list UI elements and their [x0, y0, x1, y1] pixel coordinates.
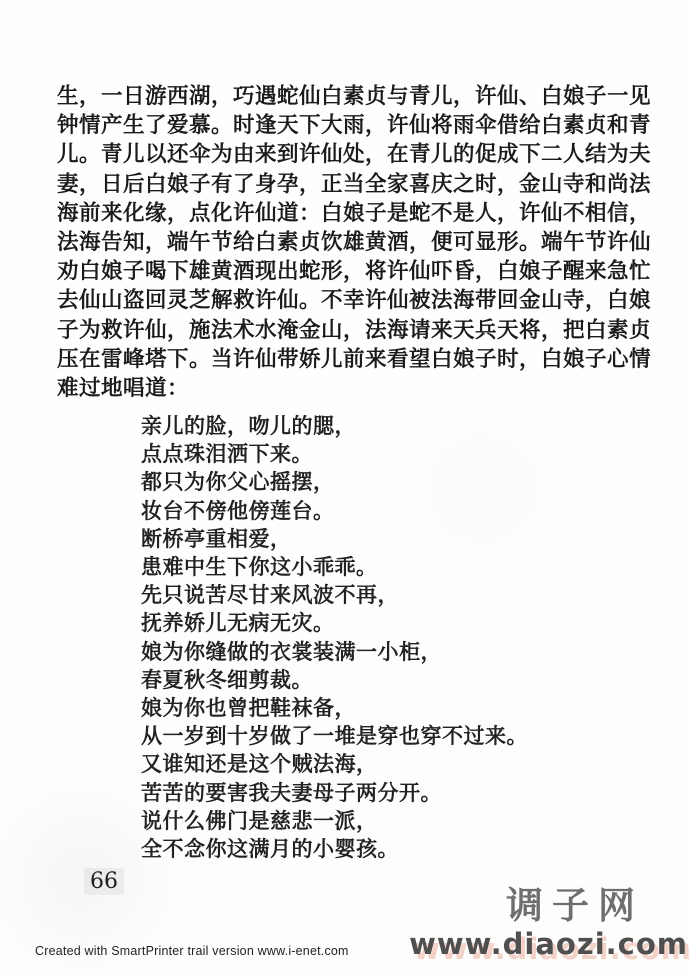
paragraph-line: 海前来化缘，点化许仙道：白娘子是蛇不是人，许仙不相信， — [57, 199, 643, 228]
poem-line: 又谁知还是这个贼法海， — [141, 750, 651, 778]
poem-line: 春夏秋冬细剪裁。 — [141, 666, 651, 694]
paragraph-line: 钟情产生了爱慕。时逢天下大雨，许仙将雨伞借给白素贞和青 — [57, 111, 643, 140]
watermark-site-url: www.diaozi.com — [390, 929, 688, 961]
poem-line: 点点珠泪洒下来。 — [141, 440, 651, 468]
paragraph-line: 生，一日游西湖，巧遇蛇仙白素贞与青儿，许仙、白娘子一见 — [57, 82, 643, 111]
poem-line: 说什么佛门是慈悲一派， — [141, 807, 651, 835]
poem-line: 患难中生下你这小乖乖。 — [141, 553, 651, 581]
poem-line: 抚养娇儿无病无灾。 — [141, 609, 651, 637]
poem-line: 妆台不傍他傍莲台。 — [141, 497, 651, 525]
site-watermark: 调子网 www.diaozi.com — [390, 886, 690, 961]
paragraph-line: 儿。青儿以还伞为由来到许仙处，在青儿的促成下二人结为夫 — [57, 140, 643, 169]
paragraph-line: 法海告知，端午节给白素贞饮雄黄酒，便可显形。端午节许仙 — [57, 228, 643, 257]
poem-line: 娘为你也曾把鞋袜备， — [141, 694, 651, 722]
scanned-book-page: 生，一日游西湖，巧遇蛇仙白素贞与青儿，许仙、白娘子一见 钟情产生了爱慕。时逢天下… — [0, 0, 690, 975]
poem-line: 苦苦的要害我夫妻母子两分开。 — [141, 779, 651, 807]
poem-line: 从一岁到十岁做了一堆是穿也穿不过来。 — [141, 722, 651, 750]
page-number: 66 — [84, 868, 124, 895]
printer-footer-text: Created with SmartPrinter trail version … — [35, 944, 349, 958]
story-paragraph: 生，一日游西湖，巧遇蛇仙白素贞与青儿，许仙、白娘子一见 钟情产生了爱慕。时逢天下… — [57, 82, 643, 403]
paragraph-line: 劝白娘子喝下雄黄酒现出蛇形，将许仙吓昏，白娘子醒来急忙 — [57, 257, 643, 286]
poem-line: 先只说苦尽甘来风波不再， — [141, 581, 651, 609]
paragraph-line: 压在雷峰塔下。当许仙带娇儿前来看望白娘子时，白娘子心情 — [57, 345, 643, 374]
paragraph-line: 子为救许仙，施法术水淹金山，法海请来天兵天将，把白素贞 — [57, 316, 643, 345]
poem-line: 娘为你缝做的衣裳装满一小柜， — [141, 638, 651, 666]
poem-line: 亲儿的脸，吻儿的腮， — [141, 412, 651, 440]
poem-line: 断桥亭重相爱， — [141, 525, 651, 553]
paragraph-line: 妻，日后白娘子有了身孕，正当全家喜庆之时，金山寺和尚法 — [57, 170, 643, 199]
song-lyrics-block: 亲儿的脸，吻儿的腮， 点点珠泪洒下来。 都只为你父心摇摆， 妆台不傍他傍莲台。 … — [141, 412, 651, 863]
poem-line: 都只为你父心摇摆， — [141, 468, 651, 496]
paragraph-line: 难过地唱道： — [57, 374, 643, 403]
poem-line: 全不念你这满月的小婴孩。 — [141, 835, 651, 863]
watermark-site-name: 调子网 — [390, 886, 644, 927]
paragraph-line: 去仙山盗回灵芝解救许仙。不幸许仙被法海带回金山寺，白娘 — [57, 286, 643, 315]
